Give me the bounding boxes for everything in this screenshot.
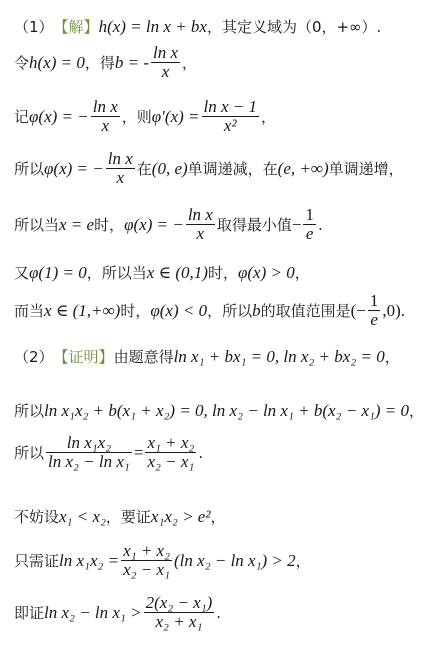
denominator: x: [160, 63, 172, 81]
numerator: 1: [303, 206, 316, 224]
denominator: e: [304, 225, 316, 243]
fraction: ln x − 1 x²: [202, 98, 260, 135]
fraction: ln x x: [186, 206, 215, 243]
text: 而当: [14, 300, 44, 321]
text: ，: [409, 400, 424, 421]
text: 单调递增，: [329, 158, 404, 179]
equation: x₁x₂ > e²: [151, 507, 211, 527]
numerator: ln x₁x₂: [65, 434, 113, 452]
equation: φ′(x) =: [152, 107, 200, 127]
fraction: 1 e: [303, 206, 316, 243]
equation: φ(x) > 0: [238, 263, 295, 283]
text: .: [216, 604, 221, 622]
numerator: 1: [368, 292, 381, 310]
fraction: ln x x: [91, 98, 120, 135]
numerator: ln x: [151, 44, 180, 62]
equation: φ(x) < 0: [150, 301, 207, 321]
denominator: x²: [222, 117, 239, 135]
denominator: ln x₂ − ln x₁: [46, 453, 132, 471]
equation: ln x₂ − ln x₁ >: [44, 603, 142, 623]
numerator: ln x − 1: [202, 98, 260, 116]
text: 令: [14, 52, 29, 73]
minus-sign: −: [292, 215, 302, 235]
numerator: ln x: [186, 206, 215, 224]
text: 取得最小值: [217, 214, 292, 235]
numerator: x₁ + x₂: [121, 542, 172, 560]
fraction: ln x₁x₂ ln x₂ − ln x₁: [46, 434, 132, 471]
text: 又: [14, 262, 29, 283]
text: ，: [182, 52, 197, 73]
text: 的取值范围是: [261, 300, 351, 321]
text: 所以: [14, 158, 44, 179]
fraction: 2(x₂ − x₁) x₂ + x₁: [144, 594, 215, 631]
denominator: x₂ − x₁: [121, 561, 172, 579]
part2-number: （2）: [14, 346, 54, 367]
interval: (e, +∞): [278, 159, 329, 179]
interval: (0, e): [152, 159, 188, 179]
part1-line3: 记 φ(x) = − ln x x ，则 φ′(x) = ln x − 1 x²…: [14, 98, 276, 135]
range-open: (−: [351, 301, 366, 321]
part2-line5: 只需证 ln x₁x₂ = x₁ + x₂ x₂ − x₁ (ln x₂ − l…: [14, 542, 311, 579]
text: 所以: [14, 400, 44, 421]
text: 单调递减，在: [188, 158, 278, 179]
equation: b = -: [115, 53, 149, 73]
fraction: 1 e: [368, 292, 381, 329]
proof-tag: 【证明】: [54, 346, 114, 367]
fraction: ln x x: [106, 150, 135, 187]
equation: φ(1) = 0: [29, 263, 87, 283]
text: ，得: [85, 52, 115, 73]
text: 记: [14, 106, 29, 127]
part1-line6: 又 φ(1) = 0 ，所以当 x ∈ (0,1) 时， φ(x) > 0 ，: [14, 262, 310, 283]
text: 不妨设: [14, 506, 59, 527]
function-definition: h(x) = ln x + bx: [99, 17, 207, 37]
range-close: ,0).: [382, 301, 405, 321]
part2-line1: （2） 【证明】 由题意得 ln x₁ + bx₁ = 0, ln x₂ + b…: [14, 346, 400, 367]
equation: x ∈ (0,1): [147, 263, 208, 283]
equation: (ln x₂ − ln x₁) > 2: [174, 551, 296, 571]
numerator: ln x: [91, 98, 120, 116]
text: 在: [137, 158, 152, 179]
denominator: e: [368, 311, 380, 329]
text: ，所以: [207, 300, 252, 321]
part1-line7: 而当 x ∈ (1,+∞) 时， φ(x) < 0 ，所以 b 的取值范围是 (…: [14, 292, 405, 329]
variable: b: [252, 301, 261, 321]
denominator: x: [195, 225, 207, 243]
text: 由题意得: [114, 346, 174, 367]
part1-number: （1）: [14, 16, 54, 37]
equals-sign: =: [134, 443, 144, 463]
text: 时，: [120, 300, 150, 321]
text: ，所以当: [87, 262, 147, 283]
denominator: x₂ − x₁: [145, 453, 196, 471]
text: ，: [295, 262, 310, 283]
denominator: x: [99, 117, 111, 135]
equation: ln x₁x₂ + b(x₁ + x₂) = 0, ln x₂ − ln x₁ …: [44, 401, 409, 421]
fraction: x₁ + x₂ x₂ − x₁: [121, 542, 172, 579]
denominator: x: [114, 169, 126, 187]
text: ，要证: [106, 506, 151, 527]
text: ，则: [122, 106, 152, 127]
numerator: x₁ + x₂: [145, 434, 196, 452]
equation: φ(x) = −: [44, 159, 104, 179]
part1-line5: 所以当 x = e 时， φ(x) = − ln x x 取得最小值 − 1 e…: [14, 206, 323, 243]
part2-line2: 所以 ln x₁x₂ + b(x₁ + x₂) = 0, ln x₂ − ln …: [14, 400, 424, 421]
part2-line4: 不妨设 x₁ < x₂ ，要证 x₁x₂ > e² ，: [14, 506, 225, 527]
part2-line3: 所以 ln x₁x₂ ln x₂ − ln x₁ = x₁ + x₂ x₂ − …: [14, 434, 203, 471]
equation: x₁ < x₂: [59, 507, 106, 527]
text: 时，: [94, 214, 124, 235]
fraction: ln x x: [151, 44, 180, 81]
text: .: [198, 444, 203, 462]
part2-line6: 即证 ln x₂ − ln x₁ > 2(x₂ − x₁) x₂ + x₁ .: [14, 594, 221, 631]
fraction: x₁ + x₂ x₂ − x₁: [145, 434, 196, 471]
text: 即证: [14, 602, 44, 623]
text: .: [318, 216, 323, 234]
text: 只需证: [14, 550, 59, 571]
text: 所以: [14, 442, 44, 463]
text: ，: [385, 346, 400, 367]
text: ，: [296, 550, 311, 571]
equation: x = e: [59, 215, 94, 235]
denominator: x₂ + x₁: [153, 613, 204, 631]
text: ，: [261, 106, 276, 127]
equation: φ(x) = −: [124, 215, 184, 235]
part1-line4: 所以 φ(x) = − ln x x 在 (0, e) 单调递减，在 (e, +…: [14, 150, 404, 187]
numerator: ln x: [106, 150, 135, 168]
domain-text: ，其定义域为（0，+∞）.: [207, 16, 381, 37]
text: 时，: [208, 262, 238, 283]
equation: h(x) = 0: [29, 53, 85, 73]
equation: x ∈ (1,+∞): [44, 301, 120, 321]
equation: ln x₁x₂ =: [59, 551, 119, 571]
text: 所以当: [14, 214, 59, 235]
text: ，: [210, 506, 225, 527]
equation: ln x₁ + bx₁ = 0, ln x₂ + bx₂ = 0: [174, 347, 385, 367]
numerator: 2(x₂ − x₁): [144, 594, 215, 612]
part1-line2: 令 h(x) = 0 ，得 b = - ln x x ，: [14, 44, 197, 81]
solution-tag: 【解】: [54, 16, 99, 37]
part1-line1: （1） 【解】 h(x) = ln x + bx ，其定义域为（0，+∞）.: [14, 16, 381, 37]
equation: φ(x) = −: [29, 107, 89, 127]
